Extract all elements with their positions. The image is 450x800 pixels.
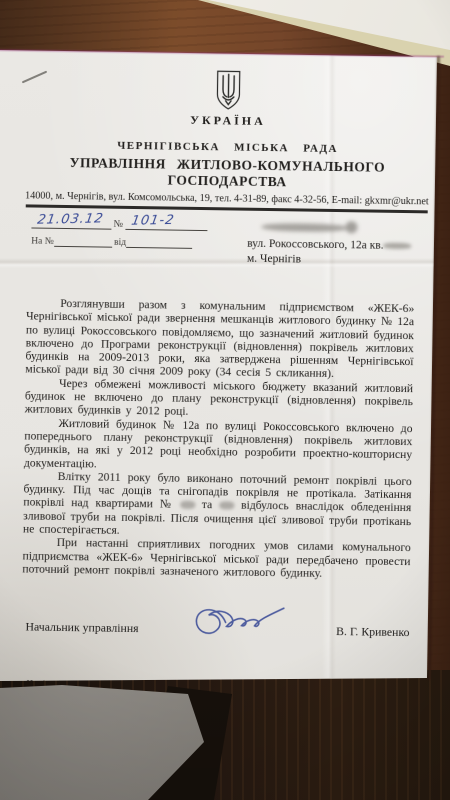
number-underline: 101-2 — [125, 215, 207, 231]
from-label: від — [114, 238, 126, 248]
addressee-name-redaction — [261, 223, 347, 232]
reply-to-label: На № — [31, 236, 54, 246]
letter-paragraph: Житловий будинок № 12а по вулиці Рокоссо… — [24, 416, 413, 475]
department-name: УПРАВЛІННЯ ЖИТЛОВО-КОМУНАЛЬНОГО ГОСПОДАР… — [24, 154, 430, 192]
apartment-number-redaction — [384, 243, 412, 249]
letter-content: УКРАЇНА ЧЕРНІГІВСЬКА МІСЬКА РАДА УПРАВЛІ… — [0, 54, 438, 696]
council-name: ЧЕРНІГІВСЬКА МІСЬКА РАДА — [25, 138, 431, 156]
number-sign: № — [113, 219, 123, 230]
handwritten-date: 21.03.12 — [36, 211, 105, 227]
addressee-block: вул. Рокоссовського, 12а кв. м. Чернігів — [247, 221, 433, 269]
reply-ref-row: На № від — [31, 231, 231, 249]
letter-paragraph: Влітку 2011 року було виконано поточний … — [23, 469, 412, 541]
outgoing-ref-row: 21.03.12№101-2 — [31, 213, 231, 231]
addressee-city-line: м. Чернігів — [247, 251, 432, 268]
letter-paragraph: Розглянувши разом з комунальним підприєм… — [25, 296, 414, 382]
letter-body: Розглянувши разом з комунальним підприєм… — [22, 296, 414, 581]
country-label: УКРАЇНА — [25, 110, 431, 131]
signature-row: Начальник управління В. Г. Кривенко — [25, 620, 409, 641]
ukraine-trident-emblem-icon — [213, 70, 244, 110]
signatory-title: Начальник управління — [25, 620, 138, 637]
reference-and-addressee-block: 21.03.12№101-2 На № від вул. Рокоссовськ… — [0, 207, 436, 302]
inline-redaction-smudge — [180, 501, 195, 509]
handwritten-number: 101-2 — [130, 213, 175, 229]
reply-date-underline — [126, 233, 192, 249]
inline-redaction-smudge — [219, 502, 234, 510]
signatory-name: В. Г. Кривенко — [336, 624, 410, 640]
date-underline: 21.03.12 — [31, 213, 111, 229]
reply-number-underline — [54, 232, 112, 248]
addressee-street-text: вул. Рокоссовського, 12а кв. — [247, 238, 384, 252]
letterhead: УКРАЇНА ЧЕРНІГІВСЬКА МІСЬКА РАДА УПРАВЛІ… — [24, 67, 432, 213]
photo-scene: УКРАЇНА ЧЕРНІГІВСЬКА МІСЬКА РАДА УПРАВЛІ… — [0, 0, 450, 800]
letter-paragraph: При настанні сприятливих погодних умов с… — [22, 536, 411, 582]
signature-autograph — [185, 600, 302, 650]
reference-fields: 21.03.12№101-2 На № від — [31, 213, 231, 249]
letter-paragraph: Через обмежені можливості міського бюдже… — [25, 376, 414, 422]
